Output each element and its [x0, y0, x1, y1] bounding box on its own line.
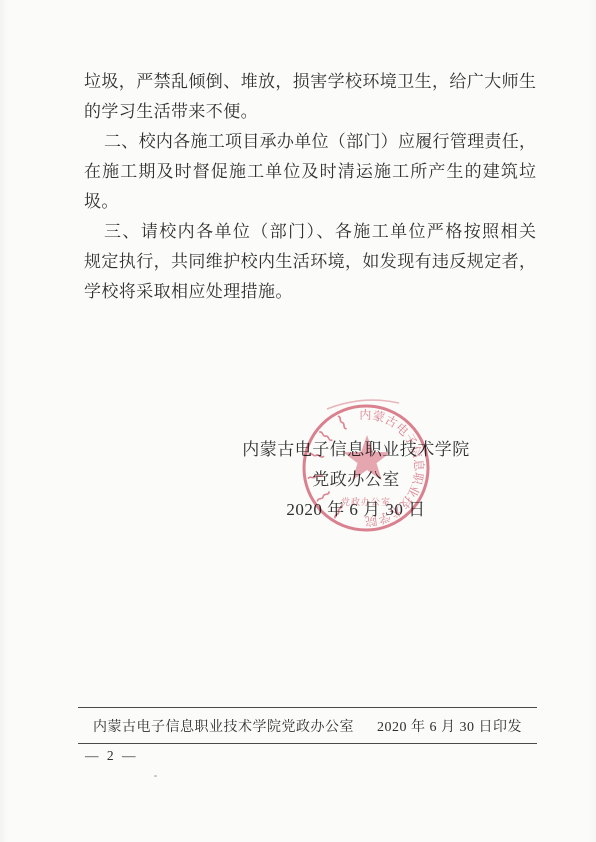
scan-speck — [154, 775, 157, 777]
signature-block: 内蒙古电子信息职业技术学院 党政办公室 2020 年 6 月 30 日 — [226, 435, 486, 525]
body-line: 在施工期及时督促施工单位及时清运施工所产生的建筑垃 — [84, 157, 536, 187]
body-line: 圾。 — [84, 187, 536, 217]
seal-smudge — [327, 400, 399, 409]
body-line: 的学习生活带来不便。 — [84, 97, 536, 127]
signature-date: 2020 年 6 月 30 日 — [226, 495, 486, 525]
body-line: 二、校内各施工项目承办单位（部门）应履行管理责任， — [84, 127, 536, 157]
document-page: 垃圾，严禁乱倾倒、堆放，损害学校环境卫生，给广大师生 的学习生活带来不便。 二、… — [0, 0, 596, 842]
body-line: 学校将采取相应处理措施。 — [84, 277, 536, 307]
footer-issuer: 内蒙古电子信息职业技术学院党政办公室 — [93, 716, 354, 736]
footer-print-date: 2020 年 6 月 30 日印发 — [377, 716, 522, 736]
body-line: 垃圾，严禁乱倾倒、堆放，损害学校环境卫生，给广大师生 — [84, 67, 536, 97]
body-line: 三、请校内各单位（部门）、各施工单位严格按照相关 — [84, 217, 536, 247]
page-number: — 2 — — [85, 748, 138, 764]
signature-org: 内蒙古电子信息职业技术学院 — [226, 435, 486, 465]
document-body: 垃圾，严禁乱倾倒、堆放，损害学校环境卫生，给广大师生 的学习生活带来不便。 二、… — [84, 67, 536, 307]
signature-office: 党政办公室 — [226, 465, 486, 495]
footer-colophon: 内蒙古电子信息职业技术学院党政办公室 2020 年 6 月 30 日印发 — [78, 707, 537, 744]
body-line: 规定执行，共同维护校内生活环境，如发现有违反规定者， — [84, 247, 536, 277]
